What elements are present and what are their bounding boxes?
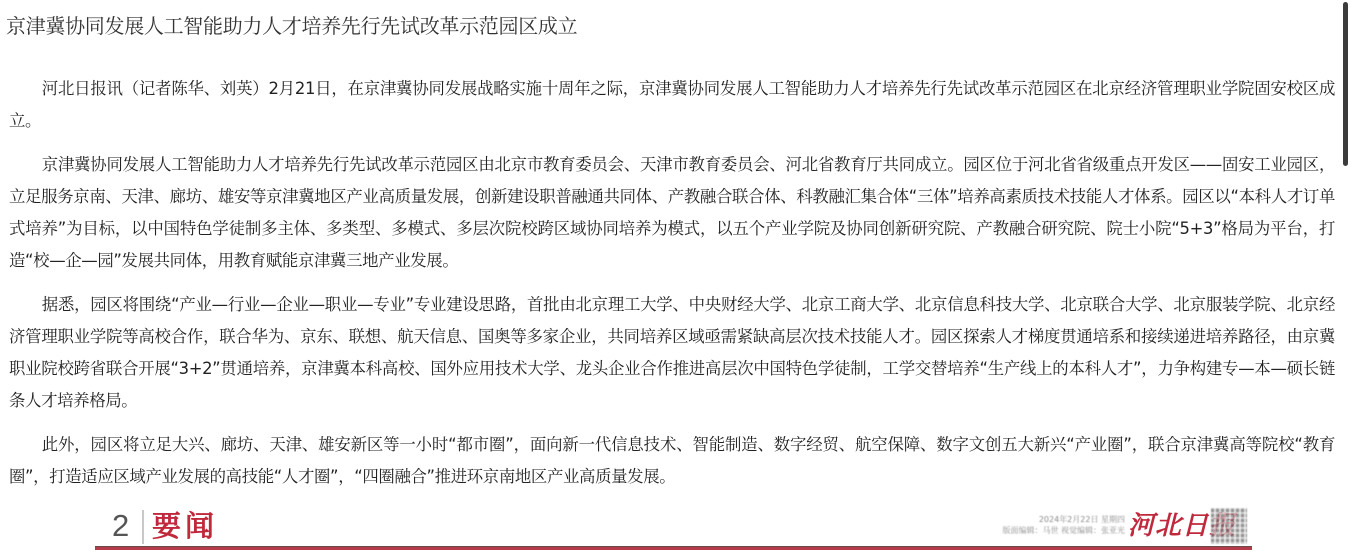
article-page: 京津冀协同发展人工智能助力人才培养先行先试改革示范园区成立 河北日报讯（记者陈华… <box>0 0 1340 555</box>
article-body: 河北日报讯（记者陈华、刘英）2月21日，在京津冀协同发展战略实施十周年之际，京津… <box>9 73 1335 505</box>
newspaper-date: 2024年2月22日 星期四 <box>975 514 1125 525</box>
newspaper-meta: 2024年2月22日 星期四 版面编辑：马世 视觉编辑：张亚光 <box>975 514 1125 536</box>
newspaper-header-divider <box>142 510 144 544</box>
article-paragraph: 此外，园区将立足大兴、廊坊、天津、雄安新区等一小时“都市圈”，面向新一代信息技术… <box>9 429 1335 493</box>
article-title: 京津冀协同发展人工智能助力人才培养先行先试改革示范园区成立 <box>6 12 577 40</box>
scrollbar-thumb[interactable] <box>1343 2 1348 166</box>
article-paragraph: 京津冀协同发展人工智能助力人才培养先行先试改革示范园区由北京市教育委员会、天津市… <box>9 149 1335 277</box>
article-paragraph: 河北日报讯（记者陈华、刘英）2月21日，在京津冀协同发展战略实施十周年之际，京津… <box>9 73 1335 137</box>
qr-code-icon <box>1211 508 1247 544</box>
newspaper-section-title: 要闻 <box>152 508 218 544</box>
vertical-scrollbar[interactable] <box>1340 0 1354 555</box>
newspaper-page-number: 2 <box>112 508 129 544</box>
article-paragraph: 据悉，园区将围绕“产业—行业—企业—职业—专业”专业建设思路，首批由北京理工大学… <box>9 289 1335 417</box>
newspaper-editors: 版面编辑：马世 视觉编辑：张亚光 <box>975 525 1125 536</box>
newspaper-page-image: 2 要闻 2024年2月22日 星期四 版面编辑：马世 视觉编辑：张亚光 河北日… <box>95 500 1255 555</box>
newspaper-header-rule <box>95 546 1252 550</box>
